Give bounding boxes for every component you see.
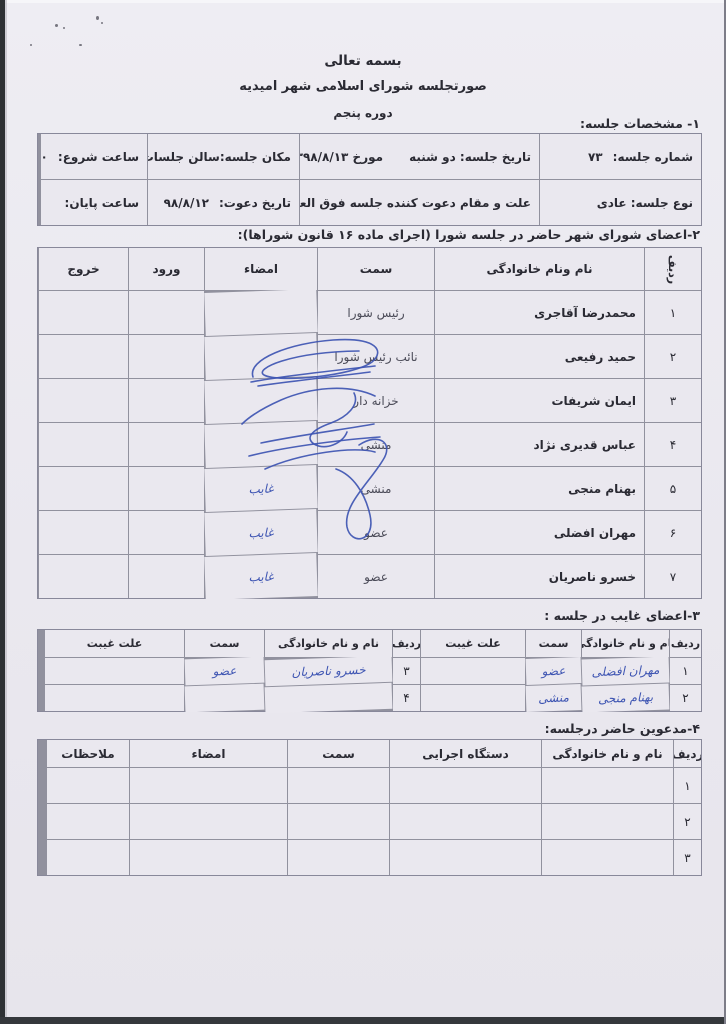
invitee-signature-cell bbox=[130, 840, 287, 875]
exit-cell bbox=[39, 335, 128, 378]
meeting-place-label: مکان جلسه:سالن جلسات شورا bbox=[148, 150, 291, 164]
col-header-name: نام و نام خانوادگی bbox=[542, 740, 673, 767]
ink-speck bbox=[55, 24, 58, 27]
invitee-notes-cell bbox=[47, 840, 129, 875]
meeting-date-value: مورخ ۱۳۹۸/۸/۱۳ bbox=[300, 150, 383, 164]
invitee-agency-cell bbox=[390, 840, 541, 875]
exit-cell bbox=[39, 511, 128, 554]
invitee-position-cell bbox=[288, 840, 389, 875]
end-time-label: ساعت پایان: bbox=[65, 196, 139, 210]
absent-member-position: عضو bbox=[185, 657, 265, 686]
entry-cell bbox=[129, 511, 204, 554]
absent-member-position bbox=[185, 684, 265, 713]
absent-note: غایب bbox=[204, 553, 317, 600]
absent-member-name: خسرو ناصریان bbox=[265, 656, 393, 686]
start-time-label: ساعت شروع: bbox=[58, 150, 139, 164]
invitee-position-cell bbox=[288, 768, 389, 803]
absence-reason-cell bbox=[45, 658, 184, 684]
meeting-number-label: شماره جلسه: bbox=[613, 150, 693, 164]
col-header-agency: دستگاه اجرایی bbox=[390, 740, 541, 767]
row-number: ۳ bbox=[393, 658, 420, 684]
member-position: عضو bbox=[318, 555, 434, 598]
member-name: مهران افضلی bbox=[435, 511, 644, 554]
entry-cell bbox=[129, 423, 204, 466]
col-header-exit: خروج bbox=[39, 248, 128, 290]
start-time-value: ۱۸/۳۰ bbox=[41, 150, 48, 164]
meeting-number-value: ۷۳ bbox=[588, 150, 603, 164]
col-header-row: ردیف bbox=[670, 630, 701, 657]
invitee-notes-cell bbox=[47, 768, 129, 803]
member-name: محمدرضا آقاجری bbox=[435, 291, 644, 334]
signature-cell bbox=[204, 377, 317, 424]
scan-edge-top bbox=[0, 0, 726, 3]
absent-member-name bbox=[265, 683, 393, 713]
col-header-signature: امضاء bbox=[130, 740, 287, 767]
absent-member-position: منشی bbox=[526, 684, 582, 712]
col-header-row: ردیف bbox=[393, 630, 420, 657]
meeting-number-cell: شماره جلسه: ۷۳ bbox=[540, 134, 701, 179]
row-number: ۷ bbox=[645, 555, 701, 598]
extraordinary-reason-cell: علت و مقام دعوت کننده جلسه فوق العاده: ـ… bbox=[300, 180, 539, 225]
meeting-date-label: تاریخ جلسه: دو شنبه bbox=[409, 150, 531, 164]
absent-member-name: مهران افضلی bbox=[582, 656, 670, 685]
row-number: ۱ bbox=[670, 658, 701, 684]
exit-cell bbox=[39, 291, 128, 334]
section2-heading: ۲-اعضای شورای شهر حاضر در جلسه شورا (اجر… bbox=[238, 227, 700, 242]
ink-speck bbox=[79, 44, 82, 46]
row-number: ۴ bbox=[645, 423, 701, 466]
signature-cell bbox=[204, 333, 317, 380]
meeting-place-cell: مکان جلسه:سالن جلسات شورا bbox=[148, 134, 299, 179]
invite-date-value: ۹۸/۸/۱۲ bbox=[164, 196, 209, 210]
invitee-name-cell bbox=[542, 804, 673, 839]
absence-reason-cell bbox=[421, 658, 525, 684]
row-number: ۲ bbox=[670, 685, 701, 711]
meeting-type-cell: نوع جلسه: عادی bbox=[540, 180, 701, 225]
member-name: بهنام منجی bbox=[435, 467, 644, 510]
entry-cell bbox=[129, 467, 204, 510]
member-name: حمید رفیعی bbox=[435, 335, 644, 378]
col-header-row: ردیف bbox=[645, 248, 701, 290]
exit-cell bbox=[39, 467, 128, 510]
col-header-notes: ملاحظات bbox=[47, 740, 129, 767]
row-header-rotated: ردیف bbox=[667, 254, 680, 283]
col-header-reason: علت غیبت bbox=[421, 630, 525, 657]
exit-cell bbox=[39, 555, 128, 598]
invitee-position-cell bbox=[288, 804, 389, 839]
col-header-position: سمت bbox=[526, 630, 581, 657]
absent-members-table: ردیف نام و نام خانوادگی سمت علت غیبت ردی… bbox=[37, 629, 702, 712]
document-title: صورتجلسه شورای اسلامی شهر امیدیه bbox=[0, 74, 726, 100]
member-position: نائب رئیس شورا bbox=[318, 335, 434, 378]
start-time-cell: ساعت شروع: ۱۸/۳۰ bbox=[41, 134, 147, 179]
invitee-notes-cell bbox=[47, 804, 129, 839]
section3-heading: ۳-اعضای غایب در جلسه : bbox=[544, 608, 700, 623]
row-number: ۲ bbox=[645, 335, 701, 378]
col-header-position: سمت bbox=[185, 630, 264, 657]
member-name: خسرو ناصریان bbox=[435, 555, 644, 598]
invitee-name-cell bbox=[542, 840, 673, 875]
signature-cell bbox=[204, 289, 317, 336]
section4-heading: ۴-مدعوین حاضر درجلسه: bbox=[545, 721, 700, 736]
invite-date-label: تاریخ دعوت: bbox=[219, 196, 291, 210]
entry-cell bbox=[129, 335, 204, 378]
ink-speck bbox=[96, 16, 99, 20]
attendance-table: ردیف نام ونام خانوادگی سمت امضاء ورود خر… bbox=[37, 247, 702, 599]
exit-cell bbox=[39, 379, 128, 422]
invitee-agency-cell bbox=[390, 768, 541, 803]
row-number: ۲ bbox=[674, 804, 701, 839]
entry-cell bbox=[129, 291, 204, 334]
invitee-agency-cell bbox=[390, 804, 541, 839]
col-header-position: سمت bbox=[318, 248, 434, 290]
absent-note: غایب bbox=[204, 465, 317, 512]
extraordinary-reason-label: علت و مقام دعوت کننده جلسه فوق العاده: bbox=[300, 196, 531, 210]
end-time-cell: ساعت پایان: bbox=[41, 180, 147, 225]
col-header-name: نام و نام خانوادگی bbox=[265, 630, 392, 657]
entry-cell bbox=[129, 555, 204, 598]
row-number: ۳ bbox=[645, 379, 701, 422]
col-header-signature: امضاء bbox=[205, 248, 317, 290]
col-header-row: ردیف bbox=[674, 740, 701, 767]
col-header-entry: ورود bbox=[129, 248, 204, 290]
ink-speck bbox=[30, 44, 32, 46]
document-header: بسمه تعالی صورتجلسه شورای اسلامی شهر امی… bbox=[0, 48, 726, 126]
row-number: ۱ bbox=[645, 291, 701, 334]
col-header-name: نام ونام خانوادگی bbox=[435, 248, 644, 290]
invitee-signature-cell bbox=[130, 768, 287, 803]
invitee-signature-cell bbox=[130, 804, 287, 839]
section1-heading: ۱- مشخصات جلسه: bbox=[580, 116, 700, 131]
member-position: منشی bbox=[318, 423, 434, 466]
absence-reason-cell bbox=[421, 685, 525, 711]
entry-cell bbox=[129, 379, 204, 422]
absence-reason-cell bbox=[45, 685, 184, 711]
row-number: ۴ bbox=[393, 685, 420, 711]
invitees-table: ردیف نام و نام خانوادگی دستگاه اجرایی سم… bbox=[37, 739, 702, 876]
meeting-date-cell: تاریخ جلسه: دو شنبه مورخ ۱۳۹۸/۸/۱۳ bbox=[300, 134, 539, 179]
meeting-type-label: نوع جلسه: عادی bbox=[597, 196, 693, 210]
col-header-name: نام و نام خانوادگی bbox=[582, 630, 669, 657]
member-position: رئیس شورا bbox=[318, 291, 434, 334]
ink-speck bbox=[101, 22, 103, 24]
bismillah-line: بسمه تعالی bbox=[0, 48, 726, 74]
signature-cell bbox=[204, 421, 317, 468]
exit-cell bbox=[39, 423, 128, 466]
col-header-position: سمت bbox=[288, 740, 389, 767]
invitee-name-cell bbox=[542, 768, 673, 803]
ink-speck bbox=[63, 27, 65, 29]
row-number: ۵ bbox=[645, 467, 701, 510]
absent-note: غایب bbox=[204, 509, 317, 556]
scan-edge-bottom bbox=[0, 1017, 726, 1024]
row-number: ۱ bbox=[674, 768, 701, 803]
member-position: عضو bbox=[318, 511, 434, 554]
absent-member-position: عضو bbox=[526, 657, 582, 685]
member-name: ایمان شریفات bbox=[435, 379, 644, 422]
row-number: ۳ bbox=[674, 840, 701, 875]
member-position: خزانه دار bbox=[318, 379, 434, 422]
row-number: ۶ bbox=[645, 511, 701, 554]
absent-member-name: بهنام منجی bbox=[582, 683, 670, 712]
member-position: منشی bbox=[318, 467, 434, 510]
invite-date-cell: تاریخ دعوت: ۹۸/۸/۱۲ bbox=[148, 180, 299, 225]
scan-edge-left bbox=[0, 0, 5, 1024]
col-header-reason: علت غیبت bbox=[45, 630, 184, 657]
member-name: عباس قدیری نژاد bbox=[435, 423, 644, 466]
scanned-meeting-minutes: بسمه تعالی صورتجلسه شورای اسلامی شهر امی… bbox=[0, 0, 726, 1024]
meeting-info-table: شماره جلسه: ۷۳ تاریخ جلسه: دو شنبه مورخ … bbox=[37, 133, 702, 226]
